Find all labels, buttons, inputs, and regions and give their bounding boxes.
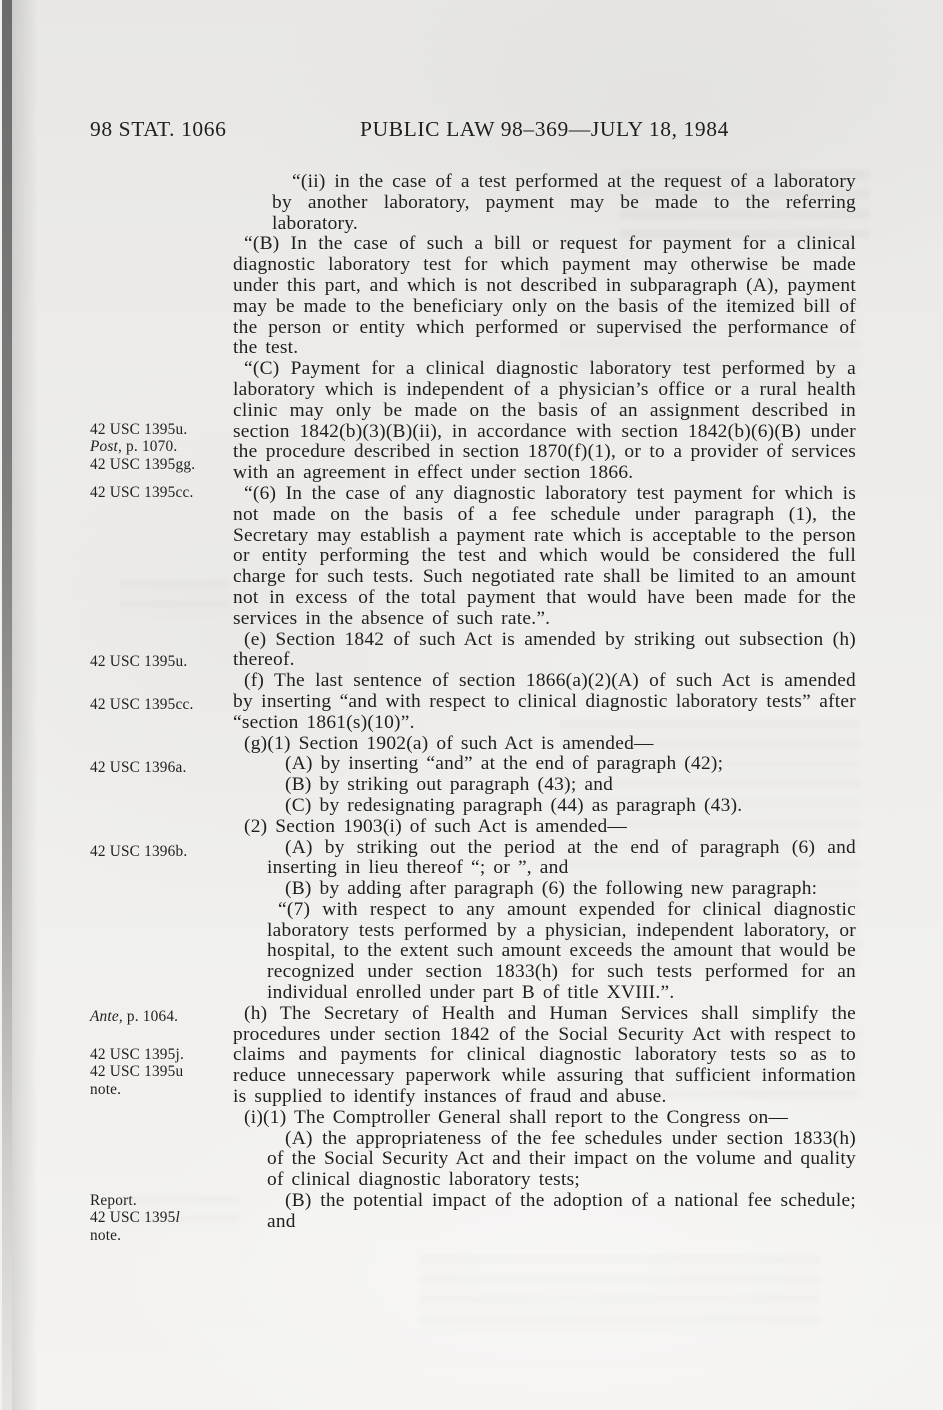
margin-note-line: 42 USC 1395gg. xyxy=(90,456,232,473)
margin-note-line: 42 USC 1395j. xyxy=(90,1046,232,1063)
margin-note: 42 USC 1396b. xyxy=(90,843,232,860)
margin-note: 42 USC 1395cc. xyxy=(90,484,232,501)
body-paragraph: “(6) In the case of any diagnostic labor… xyxy=(233,484,856,630)
margin-note-line: note. xyxy=(90,1081,232,1098)
body-paragraph: (A) the appropriateness of the fee sched… xyxy=(233,1129,856,1191)
public-law-running-head: PUBLIC LAW 98–369—JULY 18, 1984 xyxy=(233,118,856,141)
margin-note-line: note. xyxy=(90,1227,232,1244)
body-paragraph: (A) by inserting “and” at the end of par… xyxy=(233,754,856,775)
margin-note: 42 USC 1395cc. xyxy=(90,696,232,713)
margin-note: Report.42 USC 1395lnote. xyxy=(90,1192,232,1244)
body-text-column: “(ii) in the case of a test performed at… xyxy=(233,172,856,1233)
body-paragraph: (f) The last sentence of section 1866(a)… xyxy=(233,671,856,733)
body-paragraph: “(C) Payment for a clinical diagnostic l… xyxy=(233,359,856,484)
margin-note-line: 42 USC 1395cc. xyxy=(90,696,232,713)
margin-note-line: 42 USC 1395l xyxy=(90,1209,232,1226)
body-paragraph: (g)(1) Section 1902(a) of such Act is am… xyxy=(233,734,856,755)
margin-note-line: 42 USC 1395u. xyxy=(90,653,232,670)
body-paragraph: (2) Section 1903(i) of such Act is amend… xyxy=(233,817,856,838)
body-paragraph: (i)(1) The Comptroller General shall rep… xyxy=(233,1108,856,1129)
margin-note-line: Ante, p. 1064. xyxy=(90,1008,232,1025)
body-paragraph: (B) the potential impact of the adoption… xyxy=(233,1191,856,1233)
margin-note-line: Report. xyxy=(90,1192,232,1209)
margin-note-line: 42 USC 1395u xyxy=(90,1063,232,1080)
body-paragraph: (B) by striking out paragraph (43); and xyxy=(233,775,856,796)
margin-notes-column: 42 USC 1395u.Post, p. 1070.42 USC 1395gg… xyxy=(0,0,233,1410)
body-paragraph: (C) by redesignating paragraph (44) as p… xyxy=(233,796,856,817)
bleedthrough-texture xyxy=(420,1255,820,1335)
body-paragraph: “(7) with respect to any amount expended… xyxy=(233,900,856,1004)
body-paragraph: (e) Section 1842 of such Act is amended … xyxy=(233,630,856,672)
margin-note-line: 42 USC 1395cc. xyxy=(90,484,232,501)
body-paragraph: (h) The Secretary of Health and Human Se… xyxy=(233,1004,856,1108)
scanned-statute-page: 98 STAT. 1066 PUBLIC LAW 98–369—JULY 18,… xyxy=(0,0,943,1410)
margin-note: 42 USC 1395j.42 USC 1395unote. xyxy=(90,1046,232,1098)
margin-note: Ante, p. 1064. xyxy=(90,1008,232,1025)
margin-note: 42 USC 1395u. xyxy=(90,653,232,670)
margin-note: 42 USC 1396a. xyxy=(90,759,232,776)
margin-note: 42 USC 1395u.Post, p. 1070.42 USC 1395gg… xyxy=(90,421,232,473)
margin-note-line: 42 USC 1396b. xyxy=(90,843,232,860)
body-paragraph: (B) by adding after paragraph (6) the fo… xyxy=(233,879,856,900)
margin-note-line: 42 USC 1395u. xyxy=(90,421,232,438)
body-paragraph: “(B) In the case of such a bill or reque… xyxy=(233,234,856,359)
body-paragraph: (A) by striking out the period at the en… xyxy=(233,838,856,880)
margin-note-line: 42 USC 1396a. xyxy=(90,759,232,776)
margin-note-line: Post, p. 1070. xyxy=(90,438,232,455)
body-paragraph: “(ii) in the case of a test performed at… xyxy=(233,172,856,234)
